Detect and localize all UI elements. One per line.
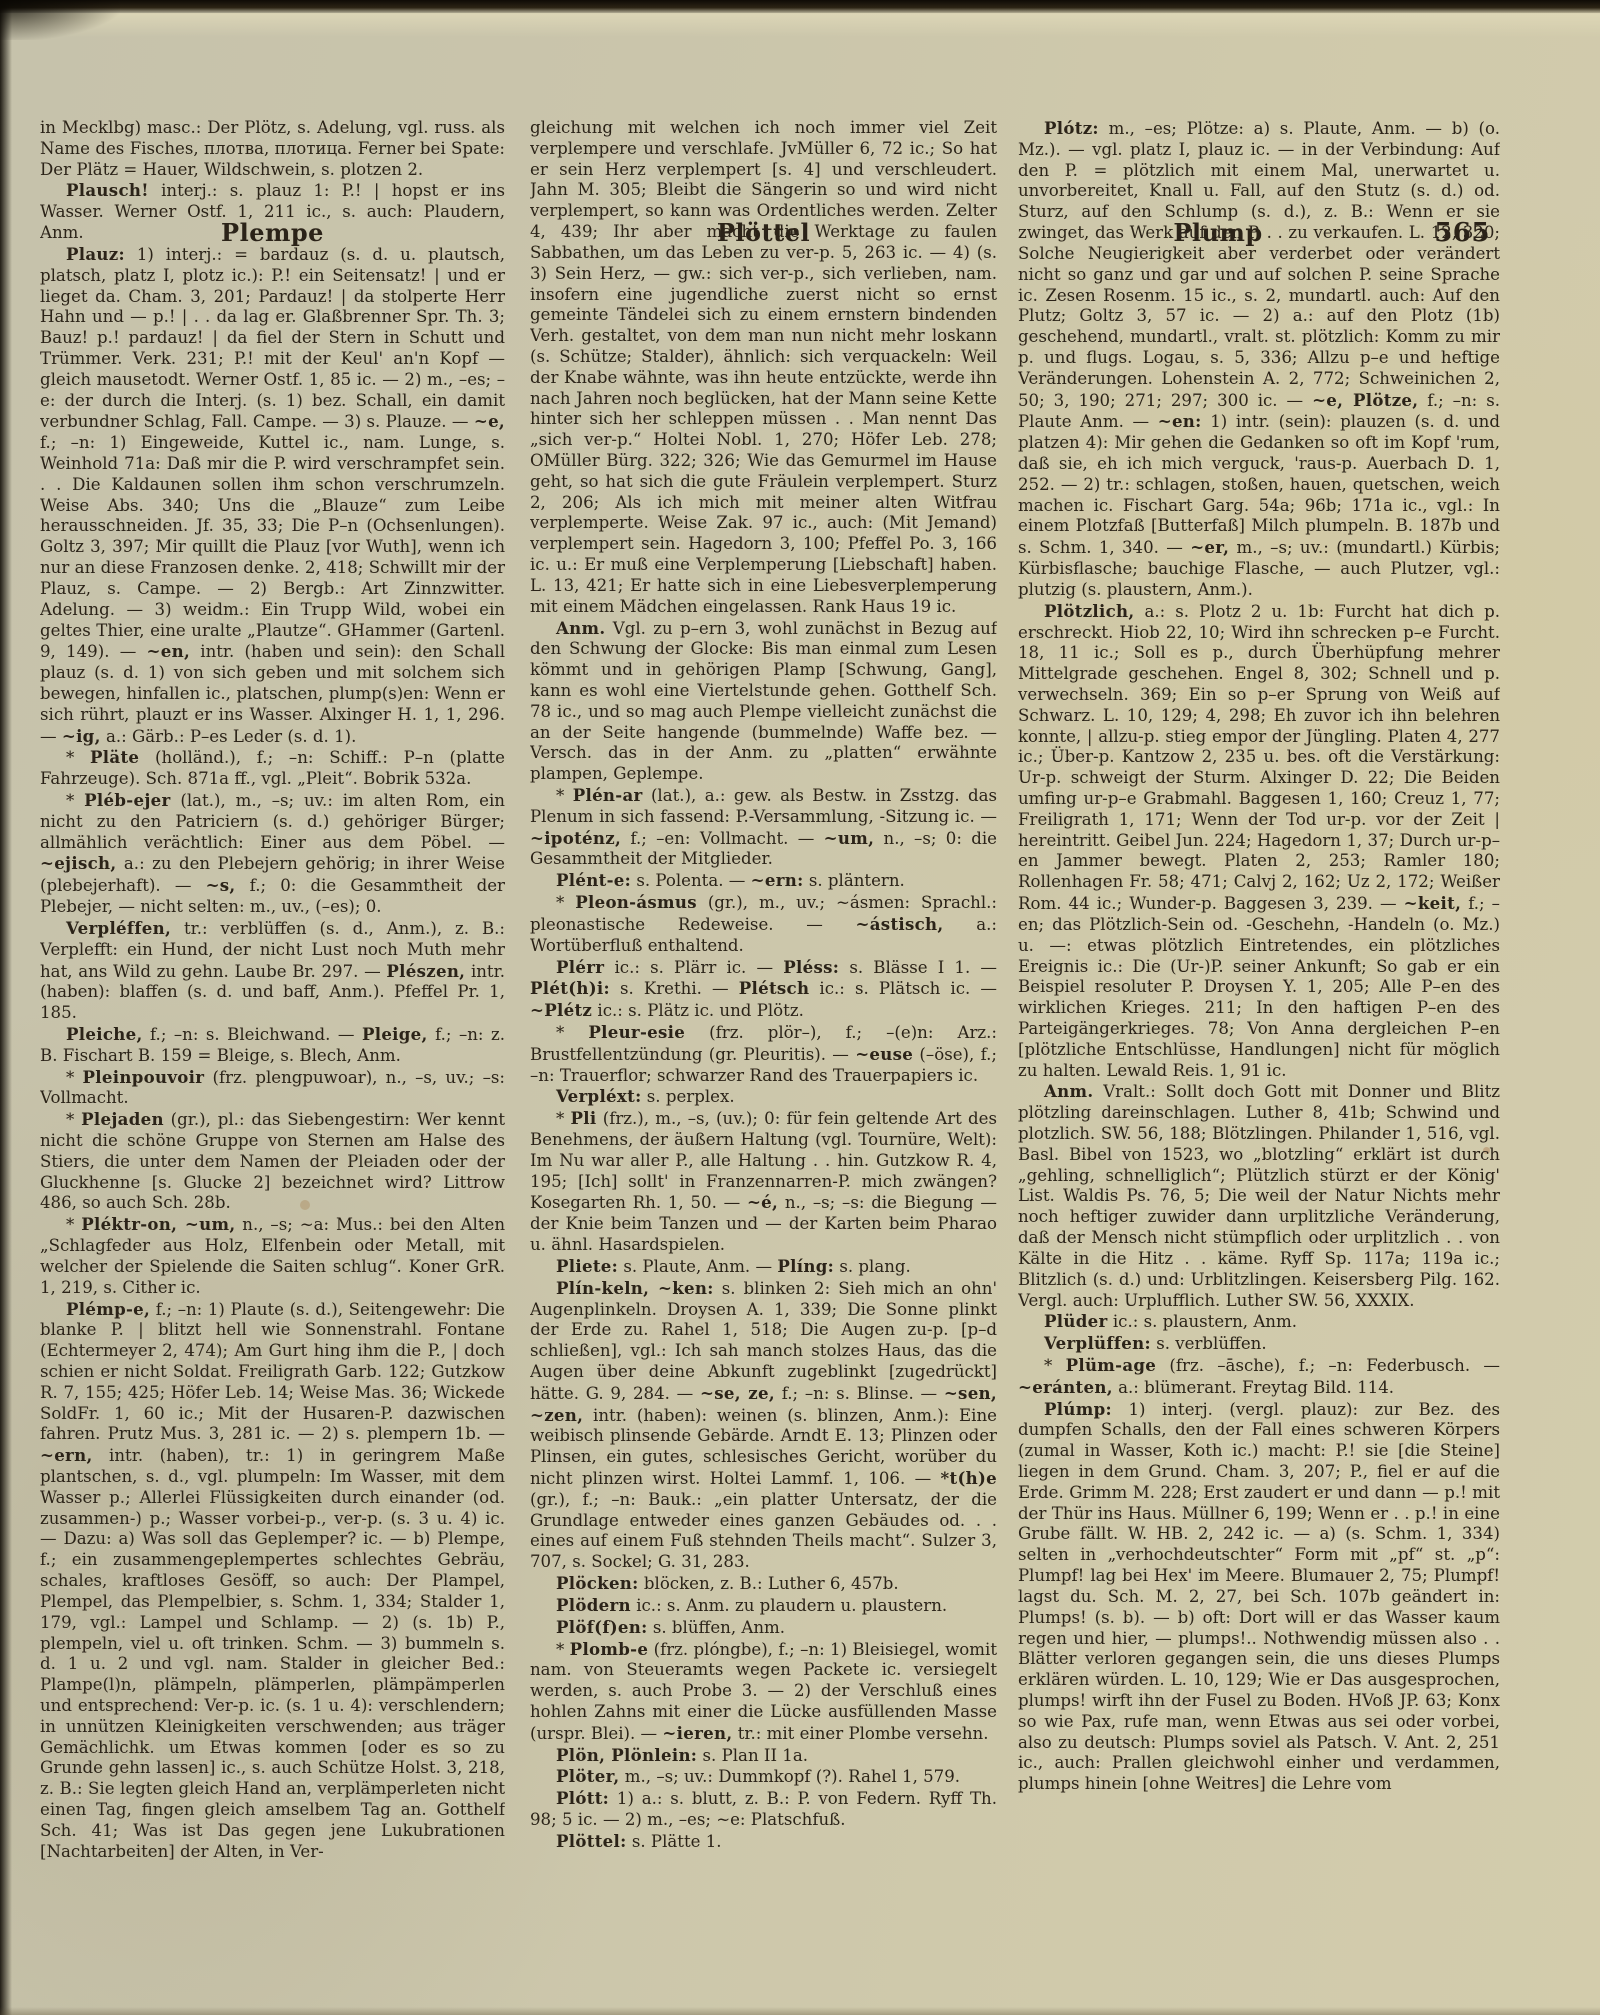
entry-paragraph: Plödern ic.: s. Anm. zu plaudern u. plau… [530, 1595, 997, 1617]
entry-paragraph: Plötzlich, a.: s. Plotz 2 u. 1b: Furcht … [1018, 601, 1500, 1082]
entry-paragraph: Plémp-e, f.; –n: 1) Plaute (s. d.), Seit… [40, 1299, 505, 1863]
entry-paragraph: gleichung mit welchen ich noch immer vie… [530, 118, 997, 618]
entry-paragraph: Plauz: 1) interj.: = bardauz (s. d. u. p… [40, 244, 505, 748]
entry-paragraph: in Mecklbg) masc.: Der Plötz, s. Adelung… [40, 118, 505, 180]
entry-paragraph: Anm. Vralt.: Sollt doch Gott mit Donner … [1018, 1081, 1500, 1311]
entry-paragraph: Plótz: m., –es; Plötze: a) s. Plaute, An… [1018, 118, 1500, 601]
entry-paragraph: Anm. Vgl. zu p–ern 3, wohl zunächst in B… [530, 618, 997, 786]
text-column-2: gleichung mit welchen ich noch immer vie… [530, 118, 997, 1910]
entry-paragraph: Verpléxt: s. perplex. [530, 1086, 997, 1108]
entry-paragraph: * Pleinpouvoir (frz. plengpuwoar), n., –… [40, 1067, 505, 1110]
entry-paragraph: Verplüffen: s. verblüffen. [1018, 1333, 1500, 1355]
entry-paragraph: Pleiche, f.; –n: s. Bleichwand. — Pleige… [40, 1024, 505, 1067]
entry-paragraph: Plön, Plönlein: s. Plan II 1a. [530, 1745, 997, 1767]
text-column-3: Plótz: m., –es; Plötze: a) s. Plaute, An… [1018, 118, 1500, 1910]
entry-paragraph: * Pleon-ásmus (gr.), m., uv.; ~ásmen: Sp… [530, 892, 997, 956]
entry-paragraph: Plöf(f)en: s. blüffen, Anm. [530, 1617, 997, 1639]
dictionary-page-scan: Plempe Plöttel Plump 565 in Mecklbg) mas… [0, 0, 1600, 2015]
entry-paragraph: * Plomb-e (frz. plóngbe), f.; –n: 1) Ble… [530, 1639, 997, 1745]
entry-paragraph: Plént-e: s. Polenta. — ~ern: s. pläntern… [530, 870, 997, 892]
entry-paragraph: Plöttel: s. Plätte 1. [530, 1831, 997, 1853]
entry-paragraph: Plótt: 1) a.: s. blutt, z. B.: P. von Fe… [530, 1788, 997, 1831]
entry-paragraph: Verpléffen, tr.: verblüffen (s. d., Anm.… [40, 918, 505, 1024]
entry-paragraph: * Plüm-age (frz. –āsche), f.; –n: Federb… [1018, 1355, 1500, 1399]
scan-bottom-edge [0, 2007, 1600, 2015]
entry-paragraph: * Plejaden (gr.), pl.: das Siebengestirn… [40, 1109, 505, 1214]
scan-left-edge [0, 0, 12, 2015]
entry-paragraph: * Pléktr-on, ~um, n., –s; ~a: Mus.: bei … [40, 1214, 505, 1298]
entry-paragraph: Plüder ic.: s. plaustern, Anm. [1018, 1311, 1500, 1333]
entry-paragraph: Plúmp: 1) interj. (vergl. plauz): zur Be… [1018, 1399, 1500, 1795]
entry-paragraph: * Plén-ar (lat.), a.: gew. als Bestw. in… [530, 785, 997, 870]
entry-paragraph: * Pleur-esie (frz. plör–), f.; –(e)n: Ar… [530, 1022, 997, 1086]
entry-paragraph: Plöter, m., –s; uv.: Dummkopf (?). Rahel… [530, 1766, 997, 1788]
entry-paragraph: Plín-keln, ~ken: s. blinken 2: Sieh mich… [530, 1278, 997, 1573]
entry-paragraph: Plöcken: blöcken, z. B.: Luther 6, 457b. [530, 1573, 997, 1595]
entry-paragraph: Plausch! interj.: s. plauz 1: P.! | hops… [40, 180, 505, 243]
scan-corner-shadow [0, 0, 120, 40]
scan-top-highlight [0, 13, 1600, 37]
entry-paragraph: * Pläte (holländ.), f.; –n: Schiff.: P–n… [40, 747, 505, 790]
scan-top-edge [0, 0, 1600, 14]
entry-paragraph: Plérr ic.: s. Plärr ic. — Pléss: s. Bläs… [530, 957, 997, 1022]
entry-paragraph: * Pléb-ejer (lat.), m., –s; uv.: im alte… [40, 790, 505, 918]
entry-paragraph: Pliete: s. Plaute, Anm. — Plíng: s. plan… [530, 1256, 997, 1278]
entry-paragraph: * Pli (frz.), m., –s, (uv.); 0: für fein… [530, 1108, 997, 1256]
text-column-1: in Mecklbg) masc.: Der Plötz, s. Adelung… [40, 118, 505, 1910]
